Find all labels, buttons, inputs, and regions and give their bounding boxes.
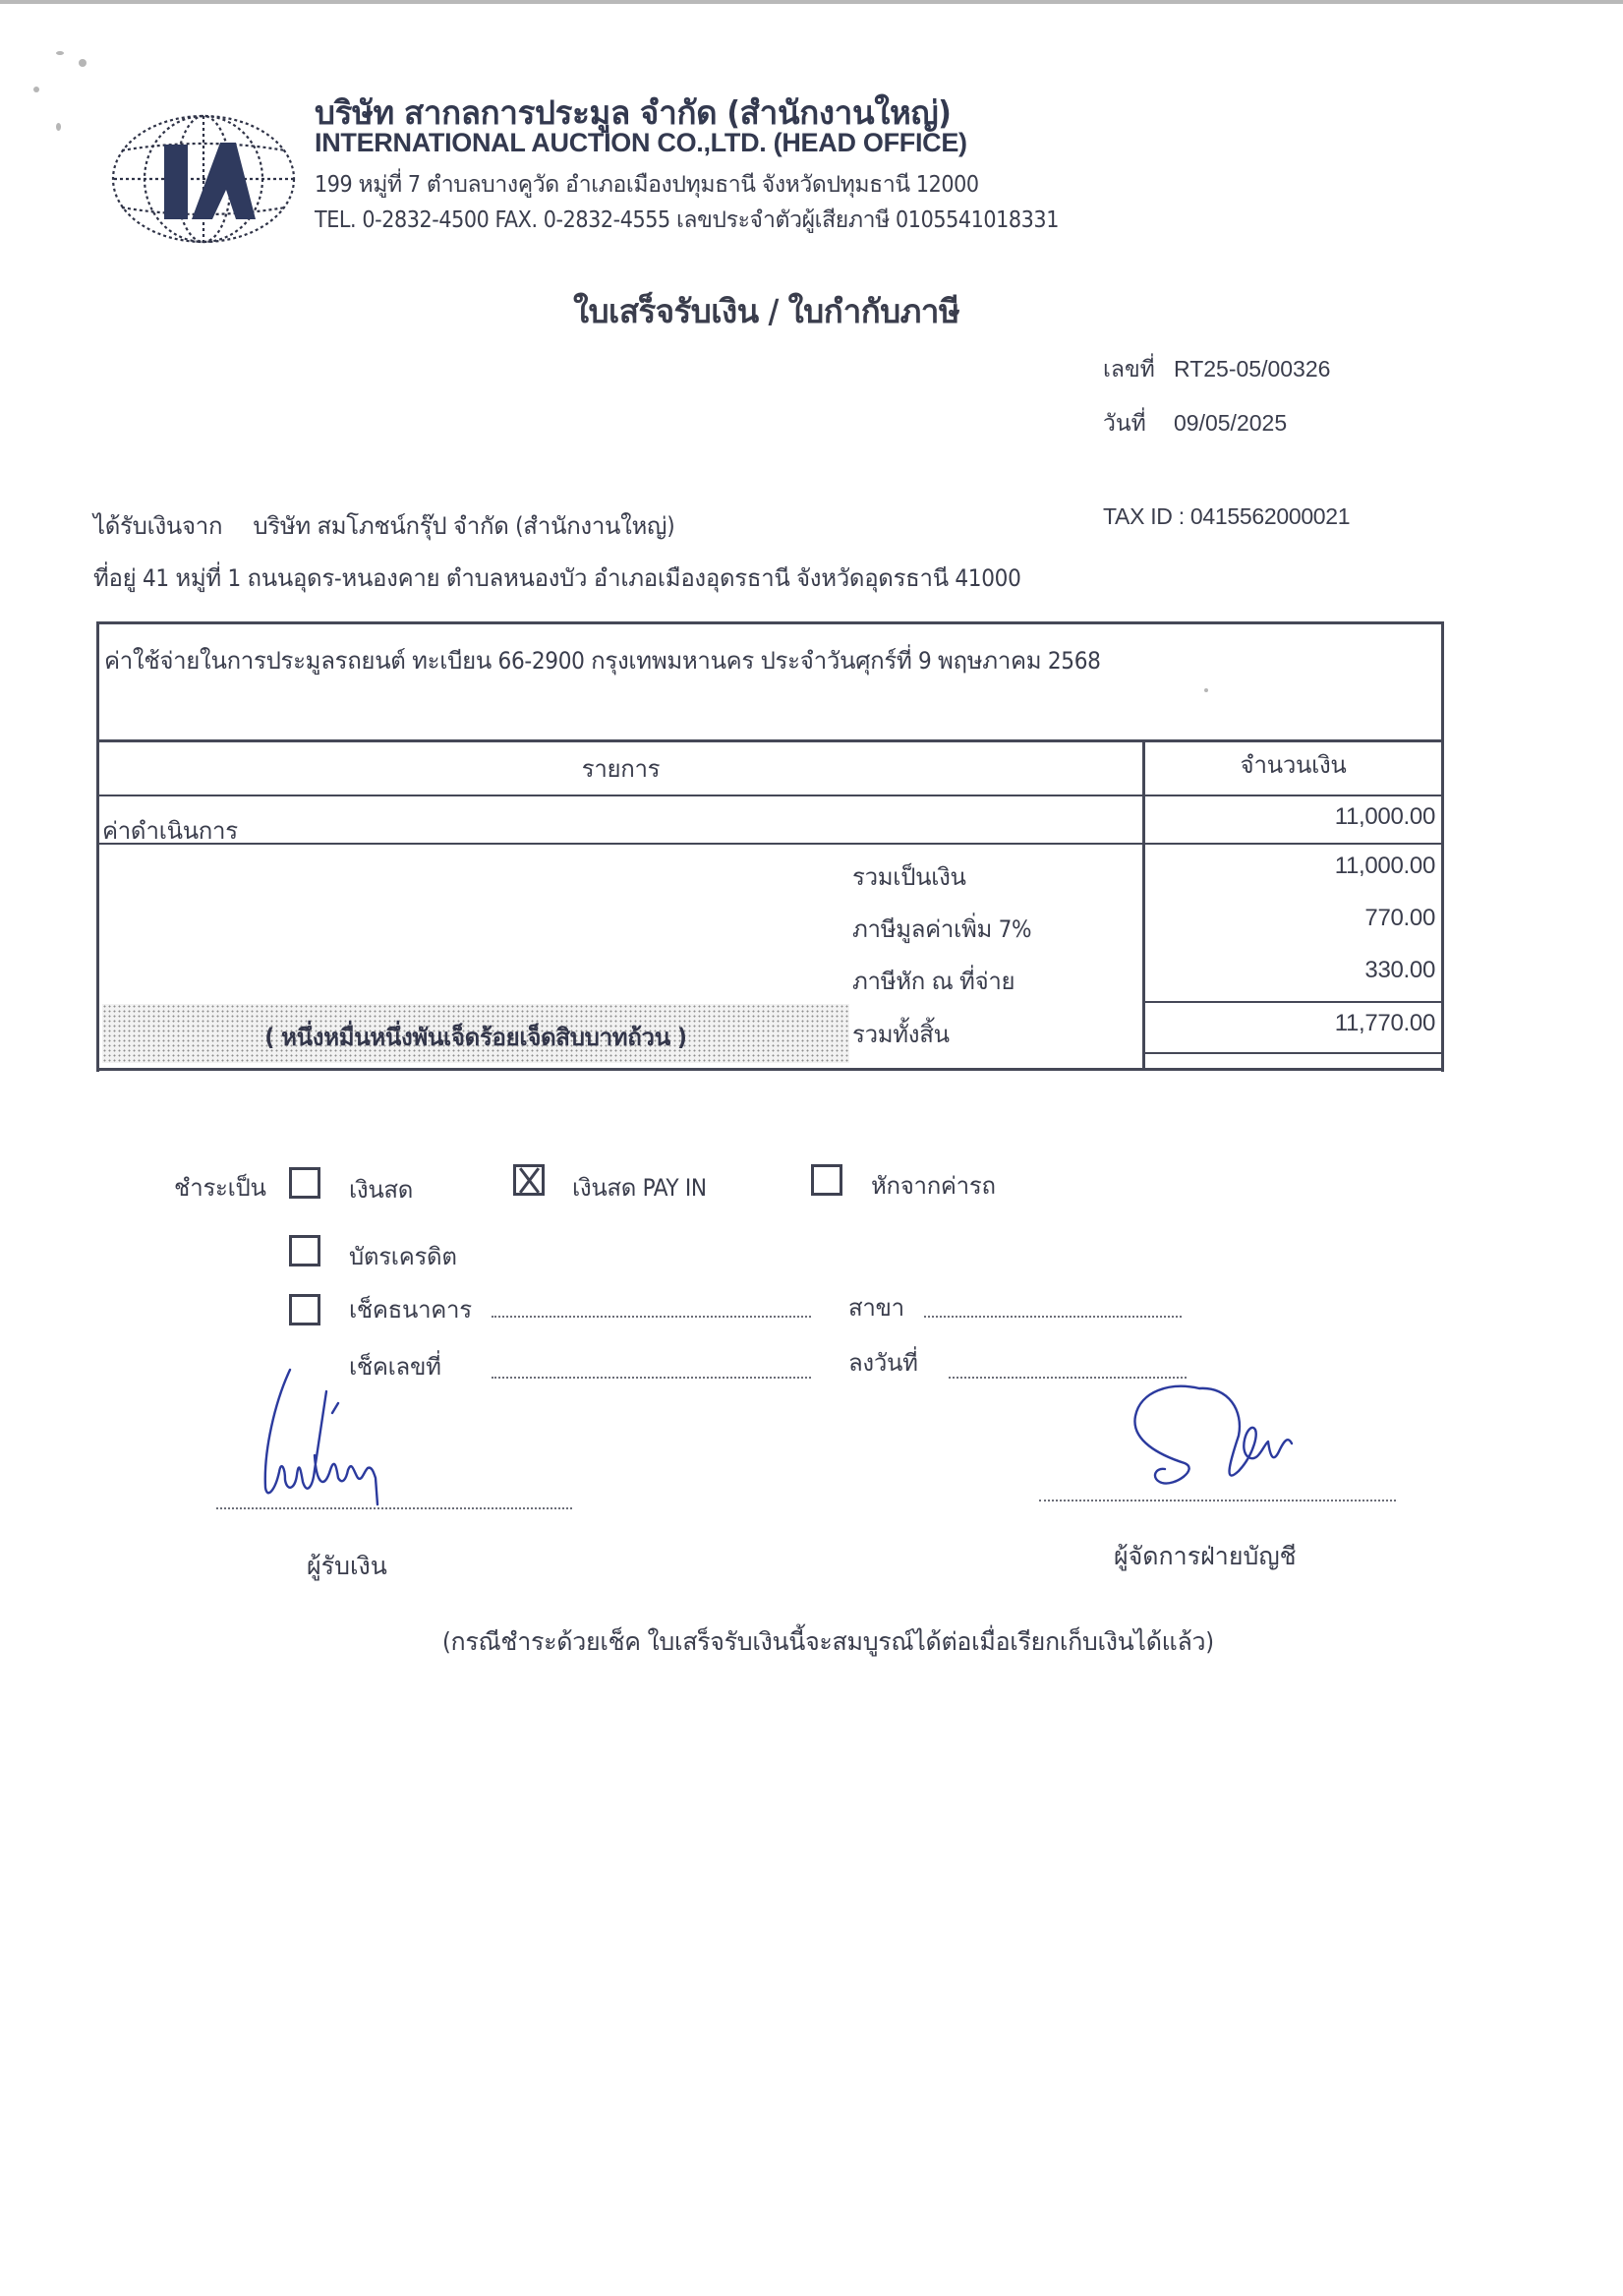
scan-speck [1204,688,1208,692]
customer-address: ที่อยู่ 41 หมู่ที่ 1 ถนนอุดร-หนองคาย ตำบ… [93,559,1021,597]
option-deduct-from-car-label: หักจากค่ารถ [871,1166,996,1205]
received-from: ได้รับเงินจาก บริษัท สมโภชน์กรุ๊ป จำกัด … [93,506,674,545]
option-bank-cheque-label: เช็คธนาคาร [349,1290,472,1328]
withholding-amount: 330.00 [1150,957,1435,984]
document-date-value: 09/05/2025 [1174,410,1287,436]
footer-note: (กรณีชำระด้วยเช็ค ใบเสร็จรับเงินนี้จะสมบ… [442,1622,1214,1662]
item-description: ค่าดำเนินการ [102,811,238,850]
scan-edge [0,0,1623,4]
checkbox-cash[interactable] [289,1167,320,1199]
subtotal-amount: 11,000.00 [1150,853,1435,880]
manager-signature [1091,1377,1357,1504]
header-items: รายการ [99,749,1142,788]
document-date: วันที่09/05/2025 [1103,406,1287,442]
customer-name: บริษัท สมโภชน์กรุ๊ป จำกัด (สำนักงานใหญ่) [253,512,674,540]
vat-amount: 770.00 [1150,905,1435,932]
total-amount: 11,770.00 [1150,1010,1435,1037]
accounting-manager-label: ผู้จัดการฝ่ายบัญชี [1114,1537,1297,1576]
table-header-top [96,739,1443,742]
table-description: ค่าใช้จ่ายในการประมูลรถยนต์ ทะเบียน 66-2… [104,641,1101,679]
company-address: 199 หมู่ที่ 7 ตำบลบางคูวัด อำเภอเมืองปทุ… [315,167,979,203]
document-number-label: เลขที่ [1103,352,1174,387]
branch-label: สาขา [848,1288,904,1326]
document-date-label: วันที่ [1103,406,1174,442]
table-header-bottom [96,795,1443,796]
item-amount: 11,000.00 [1150,803,1435,831]
header-amount: จำนวนเงิน [1145,745,1441,784]
received-from-label: ได้รับเงินจาก [93,512,222,540]
scan-speck [56,123,61,131]
table-border-right [1441,621,1444,1072]
manager-signature-line [1039,1500,1396,1501]
document-title: ใบเสร็จรับเงิน / ใบกำกับภาษี [573,285,959,337]
branch-field[interactable] [924,1316,1182,1318]
checkbox-bank-cheque[interactable] [289,1294,320,1325]
amount-in-words: ( หนึ่งหมื่นหนึ่งพันเจ็ดร้อยเจ็ดสิบบาทถ้… [102,1018,849,1056]
bank-field[interactable] [492,1316,811,1318]
address-value: 41 หมู่ที่ 1 ถนนอุดร-หนองคาย ตำบลหนองบัว… [143,564,1021,592]
vat-label: ภาษีมูลค่าเพิ่ม 7% [852,910,1031,948]
total-top-line [1142,1001,1443,1003]
table-border-top [96,621,1443,624]
option-credit-card-label: บัตรเครดิต [349,1237,457,1275]
table-border-bottom [96,1068,1444,1071]
address-label: ที่อยู่ [93,564,136,592]
scan-speck [33,87,39,92]
table-border-left [96,621,99,1072]
customer-tax-id: TAX ID : 0415562000021 [1103,503,1350,530]
table-item-divider [96,843,1443,845]
option-cash-pay-in-label: เงินสด PAY IN [572,1168,707,1207]
receiver-label: ผู้รับเงิน [307,1547,387,1586]
checkbox-credit-card[interactable] [289,1235,320,1266]
total-label: รวมทั้งสิ้น [852,1015,950,1053]
checkbox-deduct-from-car[interactable] [811,1164,842,1196]
company-logo: IA [110,113,297,245]
company-contact: TEL. 0-2832-4500 FAX. 0-2832-4555 เลขประ… [315,203,1059,238]
scan-speck [79,59,87,67]
company-name-english: INTERNATIONAL AUCTION CO.,LTD. (HEAD OFF… [315,128,967,158]
globe-icon [113,116,294,242]
cheque-date-label: ลงวันที่ [848,1343,918,1382]
scan-speck [56,51,64,55]
total-double-line [1142,1052,1443,1054]
receiver-signature [246,1362,442,1509]
subtotal-label: รวมเป็นเงิน [852,857,966,896]
withholding-label: ภาษีหัก ณ ที่จ่าย [852,962,1014,1000]
tax-id-value: 0415562000021 [1190,503,1350,529]
receiver-signature-line [216,1507,572,1509]
tax-id-label: TAX ID : [1103,503,1185,529]
cheque-number-field[interactable] [492,1377,811,1379]
checkbox-cash-pay-in[interactable] [513,1164,545,1196]
table-column-divider [1142,739,1145,1070]
document-number-value: RT25-05/00326 [1174,356,1330,382]
document-number: เลขที่RT25-05/00326 [1103,352,1330,387]
payment-label: ชำระเป็น [174,1168,266,1207]
option-cash-label: เงินสด [349,1170,413,1208]
